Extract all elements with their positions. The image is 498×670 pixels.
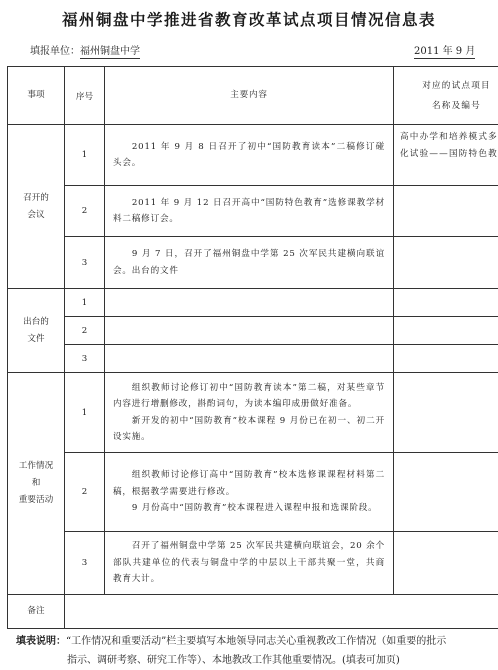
category-work-activities: 工作情况 和 重要活动 (8, 373, 65, 595)
row-content: 组织教师讨论修订初中“国防教育读本”第二稿，对某些章节内容进行增删修改，斟酌词句… (105, 373, 394, 453)
content-paragraph: 组织教师讨论修订初中“国防教育读本”第二稿，对某些章节内容进行增删修改，斟酌词句… (113, 380, 385, 413)
content-paragraph: 新开发的初中“国防教育”校本课程 9 月份已在初一、初二开设实施。 (113, 413, 385, 446)
content-paragraph: 2011 年 9 月 8 日召开了初中“国防教育读本”二稿修订碰头会。 (113, 139, 385, 172)
category-line: 和 (32, 478, 41, 488)
table-row: 2 (8, 317, 498, 345)
reporting-unit: 填报单位：福州铜盘中学 (30, 42, 140, 57)
fill-instructions: 填表说明：“工作情况和重要活动”栏主要填写本地领导同志关心重视教改工作情况（如重… (16, 632, 486, 670)
row-content (105, 345, 394, 373)
category-documents: 出台的 文件 (8, 289, 65, 373)
table-row: 出台的 文件 1 (8, 289, 498, 317)
row-project (394, 289, 498, 317)
row-project (394, 373, 498, 453)
row-project (394, 532, 498, 595)
row-content (105, 317, 394, 345)
table-row: 2 组织教师讨论修订高中“国防教育”校本选修课课程材料第二稿，根据教学需要进行修… (8, 453, 498, 532)
remarks-row: 备注 (8, 595, 498, 629)
row-number: 3 (65, 345, 105, 373)
row-content: 组织教师讨论修订高中“国防教育”校本选修课课程材料第二稿，根据教学需要进行修改。… (105, 453, 394, 532)
row-project (394, 317, 498, 345)
content-paragraph: 组织教师讨论修订高中“国防教育”校本选修课课程材料第二稿，根据教学需要进行修改。 (113, 467, 385, 500)
content-paragraph: 9 月 7 日，召开了福州铜盘中学第 25 次军民共建横向联谊会。出台的文件 (113, 246, 385, 279)
row-number: 1 (65, 289, 105, 317)
row-project (394, 453, 498, 532)
header-project-line2: 名称及编号 (432, 101, 481, 111)
table-row: 3 (8, 345, 498, 373)
category-line: 会议 (27, 210, 44, 220)
info-table: 事项 序号 主要内容 对应的试点项目 名称及编号 召开的 会议 1 2011 年… (7, 66, 498, 629)
header-row: 事项 序号 主要内容 对应的试点项目 名称及编号 (8, 67, 498, 125)
fill-instructions-label: 填表说明： (16, 636, 66, 647)
row-content: 召开了福州铜盘中学第 25 次军民共建横向联谊会，20 余个部队共建单位的代表与… (105, 532, 394, 595)
content-paragraph: 召开了福州铜盘中学第 25 次军民共建横向联谊会，20 余个部队共建单位的代表与… (113, 538, 385, 588)
row-project: 高中办学和培养模式多样化试验——国防特色教育 (394, 125, 498, 186)
row-content: 2011 年 9 月 12 日召开高中“国防特色教育”选修课教学材料二稿修订会。 (105, 186, 394, 237)
fill-instructions-line2: 指示、调研考察、研究工作等）、本地教改工作其他重要情况。(填表可加页) (16, 651, 486, 670)
reporting-unit-value: 福州铜盘中学 (80, 46, 140, 59)
row-project (394, 186, 498, 237)
content-paragraph: 9 月份高中“国防教育”校本课程进入课程申报和选课阶段。 (113, 500, 385, 517)
row-project (394, 237, 498, 289)
header-number: 序号 (65, 67, 105, 125)
page-title: 福州铜盘中学推进省教育改革试点项目情况信息表 (0, 8, 498, 30)
row-project (394, 345, 498, 373)
row-content: 9 月 7 日，召开了福州铜盘中学第 25 次军民共建横向联谊会。出台的文件 (105, 237, 394, 289)
content-paragraph: 2011 年 9 月 12 日召开高中“国防特色教育”选修课教学材料二稿修订会。 (113, 195, 385, 228)
table-row: 3 召开了福州铜盘中学第 25 次军民共建横向联谊会，20 余个部队共建单位的代… (8, 532, 498, 595)
remarks-label: 备注 (8, 595, 65, 629)
table-row: 召开的 会议 1 2011 年 9 月 8 日召开了初中“国防教育读本”二稿修订… (8, 125, 498, 186)
row-number: 3 (65, 237, 105, 289)
row-number: 2 (65, 317, 105, 345)
row-number: 1 (65, 373, 105, 453)
category-meetings: 召开的 会议 (8, 125, 65, 289)
category-line: 重要活动 (19, 495, 53, 505)
row-number: 2 (65, 453, 105, 532)
header-project-line1: 对应的试点项目 (422, 81, 491, 91)
remarks-value (65, 595, 498, 629)
category-line: 文件 (27, 334, 44, 344)
reporting-unit-label: 填报单位： (30, 46, 80, 57)
table-row: 2 2011 年 9 月 12 日召开高中“国防特色教育”选修课教学材料二稿修订… (8, 186, 498, 237)
row-number: 3 (65, 532, 105, 595)
report-date: 2011 年 9 月 (414, 42, 475, 59)
header-category: 事项 (8, 67, 65, 125)
row-content: 2011 年 9 月 8 日召开了初中“国防教育读本”二稿修订碰头会。 (105, 125, 394, 186)
table-row: 3 9 月 7 日，召开了福州铜盘中学第 25 次军民共建横向联谊会。出台的文件 (8, 237, 498, 289)
row-content (105, 289, 394, 317)
category-line: 工作情况 (19, 461, 53, 471)
fill-instructions-line1: “工作情况和重要活动”栏主要填写本地领导同志关心重视教改工作情况（如重要的批示 (66, 636, 446, 647)
row-number: 1 (65, 125, 105, 186)
row-number: 2 (65, 186, 105, 237)
header-project: 对应的试点项目 名称及编号 (394, 67, 498, 125)
header-content: 主要内容 (105, 67, 394, 125)
table-row: 工作情况 和 重要活动 1 组织教师讨论修订初中“国防教育读本”第二稿，对某些章… (8, 373, 498, 453)
category-line: 召开的 (23, 193, 49, 203)
category-line: 出台的 (23, 317, 49, 327)
